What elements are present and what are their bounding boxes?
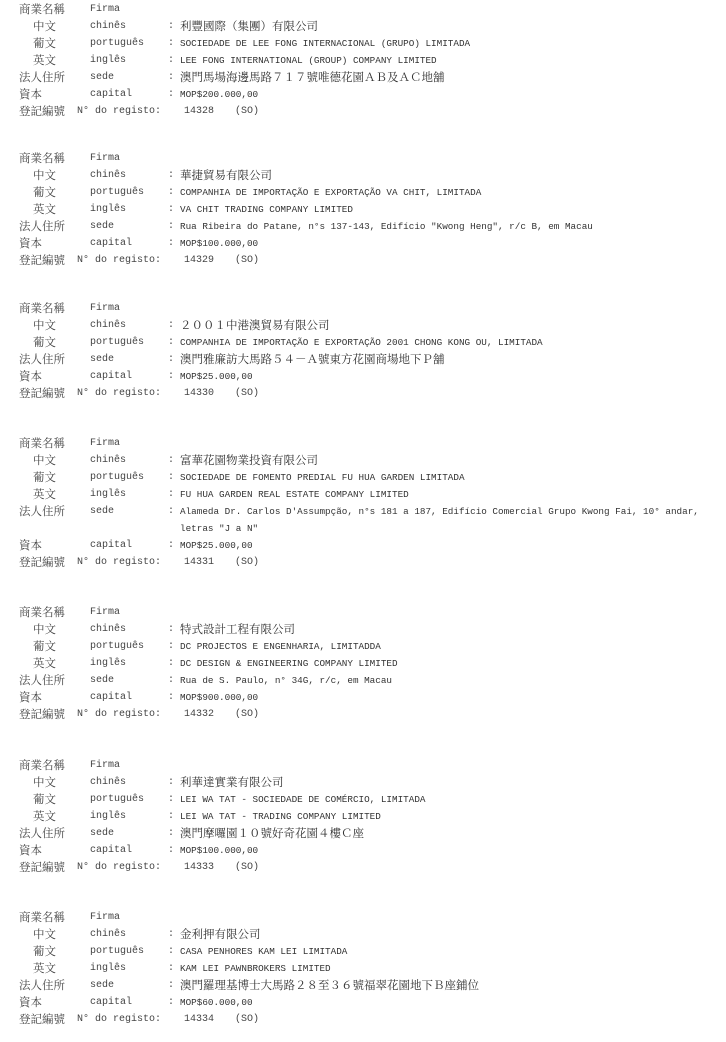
chinese-label-pt: chinês xyxy=(90,18,126,35)
colon: : xyxy=(168,943,174,960)
company-entry: 商業名稱 Firma 中文 chinês : ２００１中港澳貿易有限公司 葡文 … xyxy=(0,300,726,402)
registry-suffix: (SO) xyxy=(235,706,259,723)
firm-label-zh: 商業名稱 xyxy=(19,909,65,926)
registry-number: 14332 xyxy=(184,706,214,723)
seat-label-zh: 法人住所 xyxy=(19,672,65,689)
registry-label-zh: 登記編號 xyxy=(19,554,65,571)
colon: : xyxy=(168,69,174,86)
colon: : xyxy=(168,18,174,35)
firm-label-pt: Firma xyxy=(90,909,120,926)
portuguese-label-pt: português xyxy=(90,184,144,201)
portuguese-name: COMPANHIA DE IMPORTAÇÃO E EXPORTAÇÃO 200… xyxy=(180,334,543,351)
seat-row: 法人住所 sede : Alameda Dr. Carlos D'Assumpç… xyxy=(0,503,726,537)
chinese-label-pt: chinês xyxy=(90,452,126,469)
registry-number: 14331 xyxy=(184,554,214,571)
capital-label-zh: 資本 xyxy=(19,689,42,706)
company-entry: 商業名稱 Firma 中文 chinês : 金利押有限公司 葡文 portug… xyxy=(0,909,726,1028)
colon: : xyxy=(168,638,174,655)
capital-label-pt: capital xyxy=(90,86,132,103)
registry-label-zh: 登記編號 xyxy=(19,385,65,402)
colon: : xyxy=(168,672,174,689)
colon: : xyxy=(168,167,174,184)
registry-number: 14334 xyxy=(184,1011,214,1028)
firm-row: 商業名稱 Firma xyxy=(0,604,726,621)
company-entry: 商業名稱 Firma 中文 chinês : 華捷貿易有限公司 葡文 portu… xyxy=(0,150,726,269)
portuguese-label-pt: português xyxy=(90,35,144,52)
portuguese-row: 葡文 português : SOCIEDADE DE FOMENTO PRED… xyxy=(0,469,726,486)
company-entry: 商業名稱 Firma 中文 chinês : 利華達實業有限公司 葡文 port… xyxy=(0,757,726,876)
seat-row: 法人住所 sede : 澳門摩囉園１０號好奇花園４樓Ｃ座 xyxy=(0,825,726,842)
seat-address: Alameda Dr. Carlos D'Assumpção, n°s 181 … xyxy=(180,503,710,537)
firm-label-pt: Firma xyxy=(90,150,120,167)
english-label-pt: inglês xyxy=(90,52,126,69)
chinese-label-zh: 中文 xyxy=(33,926,56,943)
registry-suffix: (SO) xyxy=(235,385,259,402)
english-label-pt: inglês xyxy=(90,655,126,672)
registry-row: 登記編號 N° do registo: 14329 (SO) xyxy=(0,252,726,269)
seat-address: 澳門羅理基博士大馬路２８至３６號福翠花園地下Ｂ座鋪位 xyxy=(180,977,479,994)
seat-row: 法人住所 sede : 澳門雅廉訪大馬路５４－Ａ號東方花園商場地下Ｐ舖 xyxy=(0,351,726,368)
seat-label-pt: sede xyxy=(90,351,114,368)
colon: : xyxy=(168,317,174,334)
colon: : xyxy=(168,486,174,503)
colon: : xyxy=(168,791,174,808)
capital-label-zh: 資本 xyxy=(19,994,42,1011)
firm-label-zh: 商業名稱 xyxy=(19,757,65,774)
seat-address: Rua de S. Paulo, n° 34G, r/c, em Macau xyxy=(180,672,392,689)
capital-label-zh: 資本 xyxy=(19,368,42,385)
capital-label-pt: capital xyxy=(90,368,132,385)
chinese-label-pt: chinês xyxy=(90,317,126,334)
portuguese-name: CASA PENHORES KAM LEI LIMITADA xyxy=(180,943,347,960)
capital-value: MOP$100.000,00 xyxy=(180,235,258,252)
colon: : xyxy=(168,235,174,252)
portuguese-label-zh: 葡文 xyxy=(33,184,56,201)
company-entry: 商業名稱 Firma 中文 chinês : 富華花園物業投資有限公司 葡文 p… xyxy=(0,435,726,571)
seat-label-zh: 法人住所 xyxy=(19,218,65,235)
chinese-label-zh: 中文 xyxy=(33,621,56,638)
english-row: 英文 inglês : LEI WA TAT - TRADING COMPANY… xyxy=(0,808,726,825)
registry-label-zh: 登記編號 xyxy=(19,103,65,120)
registry-suffix: (SO) xyxy=(235,859,259,876)
firm-row: 商業名稱 Firma xyxy=(0,757,726,774)
capital-value: MOP$25.000,00 xyxy=(180,537,253,554)
portuguese-name: SOCIEDADE DE LEE FONG INTERNACIONAL (GRU… xyxy=(180,35,470,52)
portuguese-name: COMPANHIA DE IMPORTAÇÃO E EXPORTAÇÃO VA … xyxy=(180,184,481,201)
capital-label-pt: capital xyxy=(90,235,132,252)
firm-row: 商業名稱 Firma xyxy=(0,150,726,167)
portuguese-row: 葡文 português : COMPANHIA DE IMPORTAÇÃO E… xyxy=(0,334,726,351)
seat-label-pt: sede xyxy=(90,977,114,994)
seat-row: 法人住所 sede : Rua de S. Paulo, n° 34G, r/c… xyxy=(0,672,726,689)
registry-label-zh: 登記編號 xyxy=(19,1011,65,1028)
portuguese-label-pt: português xyxy=(90,469,144,486)
portuguese-name: SOCIEDADE DE FOMENTO PREDIAL FU HUA GARD… xyxy=(180,469,465,486)
registry-label-zh: 登記編號 xyxy=(19,706,65,723)
seat-label-pt: sede xyxy=(90,69,114,86)
chinese-label-pt: chinês xyxy=(90,167,126,184)
registry-suffix: (SO) xyxy=(235,1011,259,1028)
registry-number: 14329 xyxy=(184,252,214,269)
firm-label-pt: Firma xyxy=(90,757,120,774)
firm-label-zh: 商業名稱 xyxy=(19,300,65,317)
chinese-row: 中文 chinês : 富華花園物業投資有限公司 xyxy=(0,452,726,469)
registry-suffix: (SO) xyxy=(235,103,259,120)
english-label-zh: 英文 xyxy=(33,52,56,69)
chinese-name: 特式設計工程有限公司 xyxy=(180,621,295,638)
registry-label-pt: N° do registo: xyxy=(77,385,161,402)
capital-row: 資本 capital : MOP$60.000,00 xyxy=(0,994,726,1011)
registry-number: 14333 xyxy=(184,859,214,876)
company-entry: 商業名稱 Firma 中文 chinês : 特式設計工程有限公司 葡文 por… xyxy=(0,604,726,723)
capital-row: 資本 capital : MOP$100.000,00 xyxy=(0,235,726,252)
chinese-row: 中文 chinês : 利華達實業有限公司 xyxy=(0,774,726,791)
chinese-row: 中文 chinês : 利豐國際（集團）有限公司 xyxy=(0,18,726,35)
colon: : xyxy=(168,469,174,486)
registry-row: 登記編號 N° do registo: 14331 (SO) xyxy=(0,554,726,571)
capital-row: 資本 capital : MOP$100.000,00 xyxy=(0,842,726,859)
english-row: 英文 inglês : FU HUA GARDEN REAL ESTATE CO… xyxy=(0,486,726,503)
registry-row: 登記編號 N° do registo: 14333 (SO) xyxy=(0,859,726,876)
chinese-name: ２００１中港澳貿易有限公司 xyxy=(180,317,330,334)
portuguese-label-zh: 葡文 xyxy=(33,791,56,808)
colon: : xyxy=(168,994,174,1011)
capital-value: MOP$60.000,00 xyxy=(180,994,253,1011)
english-label-zh: 英文 xyxy=(33,808,56,825)
english-row: 英文 inglês : VA CHIT TRADING COMPANY LIMI… xyxy=(0,201,726,218)
firm-row: 商業名稱 Firma xyxy=(0,1,726,18)
colon: : xyxy=(168,368,174,385)
seat-row: 法人住所 sede : 澳門馬場海邊馬路７１７號唯德花園ＡＢ及ＡＣ地舖 xyxy=(0,69,726,86)
colon: : xyxy=(168,351,174,368)
english-name: KAM LEI PAWNBROKERS LIMITED xyxy=(180,960,331,977)
colon: : xyxy=(168,503,174,520)
chinese-name: 利豐國際（集團）有限公司 xyxy=(180,18,318,35)
english-row: 英文 inglês : DC DESIGN & ENGINEERING COMP… xyxy=(0,655,726,672)
registry-number: 14330 xyxy=(184,385,214,402)
english-name: LEI WA TAT - TRADING COMPANY LIMITED xyxy=(180,808,381,825)
firm-row: 商業名稱 Firma xyxy=(0,909,726,926)
registry-label-pt: N° do registo: xyxy=(77,554,161,571)
seat-row: 法人住所 sede : Rua Ribeira do Patane, n°s 1… xyxy=(0,218,726,235)
chinese-label-pt: chinês xyxy=(90,926,126,943)
portuguese-label-pt: português xyxy=(90,943,144,960)
capital-row: 資本 capital : MOP$25.000,00 xyxy=(0,368,726,385)
capital-label-pt: capital xyxy=(90,689,132,706)
seat-label-pt: sede xyxy=(90,672,114,689)
capital-row: 資本 capital : MOP$900.000,00 xyxy=(0,689,726,706)
capital-value: MOP$900.000,00 xyxy=(180,689,258,706)
colon: : xyxy=(168,977,174,994)
portuguese-row: 葡文 português : COMPANHIA DE IMPORTAÇÃO E… xyxy=(0,184,726,201)
english-name: DC DESIGN & ENGINEERING COMPANY LIMITED xyxy=(180,655,398,672)
colon: : xyxy=(168,655,174,672)
seat-address: 澳門摩囉園１０號好奇花園４樓Ｃ座 xyxy=(180,825,364,842)
colon: : xyxy=(168,842,174,859)
portuguese-label-zh: 葡文 xyxy=(33,469,56,486)
colon: : xyxy=(168,35,174,52)
portuguese-row: 葡文 português : LEI WA TAT - SOCIEDADE DE… xyxy=(0,791,726,808)
chinese-label-pt: chinês xyxy=(90,774,126,791)
chinese-label-pt: chinês xyxy=(90,621,126,638)
colon: : xyxy=(168,452,174,469)
chinese-label-zh: 中文 xyxy=(33,452,56,469)
seat-label-pt: sede xyxy=(90,218,114,235)
chinese-row: 中文 chinês : ２００１中港澳貿易有限公司 xyxy=(0,317,726,334)
company-entry: 商業名稱 Firma 中文 chinês : 利豐國際（集團）有限公司 葡文 p… xyxy=(0,1,726,120)
english-name: VA CHIT TRADING COMPANY LIMITED xyxy=(180,201,353,218)
registry-label-zh: 登記編號 xyxy=(19,252,65,269)
chinese-label-zh: 中文 xyxy=(33,774,56,791)
colon: : xyxy=(168,201,174,218)
portuguese-label-pt: português xyxy=(90,638,144,655)
chinese-name: 富華花園物業投資有限公司 xyxy=(180,452,318,469)
registry-row: 登記編號 N° do registo: 14334 (SO) xyxy=(0,1011,726,1028)
english-label-pt: inglês xyxy=(90,960,126,977)
seat-label-zh: 法人住所 xyxy=(19,503,65,520)
portuguese-label-zh: 葡文 xyxy=(33,35,56,52)
colon: : xyxy=(168,808,174,825)
portuguese-row: 葡文 português : CASA PENHORES KAM LEI LIM… xyxy=(0,943,726,960)
seat-address: 澳門雅廉訪大馬路５４－Ａ號東方花園商場地下Ｐ舖 xyxy=(180,351,445,368)
seat-row: 法人住所 sede : 澳門羅理基博士大馬路２８至３６號福翠花園地下Ｂ座鋪位 xyxy=(0,977,726,994)
registry-label-pt: N° do registo: xyxy=(77,1011,161,1028)
colon: : xyxy=(168,334,174,351)
chinese-name: 華捷貿易有限公司 xyxy=(180,167,272,184)
portuguese-label-zh: 葡文 xyxy=(33,943,56,960)
firm-label-zh: 商業名稱 xyxy=(19,1,65,18)
seat-label-zh: 法人住所 xyxy=(19,351,65,368)
english-label-pt: inglês xyxy=(90,201,126,218)
firm-label-zh: 商業名稱 xyxy=(19,604,65,621)
chinese-row: 中文 chinês : 金利押有限公司 xyxy=(0,926,726,943)
registry-label-pt: N° do registo: xyxy=(77,859,161,876)
chinese-row: 中文 chinês : 華捷貿易有限公司 xyxy=(0,167,726,184)
firm-label-pt: Firma xyxy=(90,300,120,317)
capital-label-pt: capital xyxy=(90,842,132,859)
portuguese-name: DC PROJECTOS E ENGENHARIA, LIMITADDA xyxy=(180,638,381,655)
seat-label-pt: sede xyxy=(90,503,114,520)
english-name: LEE FONG INTERNATIONAL (GROUP) COMPANY L… xyxy=(180,52,437,69)
english-label-zh: 英文 xyxy=(33,486,56,503)
colon: : xyxy=(168,218,174,235)
english-label-pt: inglês xyxy=(90,808,126,825)
registry-suffix: (SO) xyxy=(235,252,259,269)
registry-number: 14328 xyxy=(184,103,214,120)
portuguese-label-zh: 葡文 xyxy=(33,334,56,351)
capital-row: 資本 capital : MOP$25.000,00 xyxy=(0,537,726,554)
capital-label-pt: capital xyxy=(90,537,132,554)
colon: : xyxy=(168,52,174,69)
capital-label-zh: 資本 xyxy=(19,235,42,252)
firm-label-pt: Firma xyxy=(90,604,120,621)
portuguese-label-zh: 葡文 xyxy=(33,638,56,655)
firm-label-pt: Firma xyxy=(90,435,120,452)
firm-row: 商業名稱 Firma xyxy=(0,300,726,317)
colon: : xyxy=(168,689,174,706)
colon: : xyxy=(168,926,174,943)
chinese-label-zh: 中文 xyxy=(33,317,56,334)
registry-label-pt: N° do registo: xyxy=(77,252,161,269)
seat-address: Rua Ribeira do Patane, n°s 137-143, Edif… xyxy=(180,218,593,235)
seat-label-pt: sede xyxy=(90,825,114,842)
chinese-name: 金利押有限公司 xyxy=(180,926,261,943)
capital-label-zh: 資本 xyxy=(19,842,42,859)
capital-value: MOP$200.000,00 xyxy=(180,86,258,103)
capital-label-zh: 資本 xyxy=(19,86,42,103)
registry-row: 登記編號 N° do registo: 14328 (SO) xyxy=(0,103,726,120)
colon: : xyxy=(168,537,174,554)
capital-row: 資本 capital : MOP$200.000,00 xyxy=(0,86,726,103)
colon: : xyxy=(168,621,174,638)
capital-value: MOP$100.000,00 xyxy=(180,842,258,859)
portuguese-name: LEI WA TAT - SOCIEDADE DE COMÉRCIO, LIMI… xyxy=(180,791,425,808)
firm-label-zh: 商業名稱 xyxy=(19,150,65,167)
registry-suffix: (SO) xyxy=(235,554,259,571)
colon: : xyxy=(168,960,174,977)
capital-label-pt: capital xyxy=(90,994,132,1011)
registry-row: 登記編號 N° do registo: 14332 (SO) xyxy=(0,706,726,723)
seat-label-zh: 法人住所 xyxy=(19,977,65,994)
firm-row: 商業名稱 Firma xyxy=(0,435,726,452)
english-label-zh: 英文 xyxy=(33,960,56,977)
english-row: 英文 inglês : LEE FONG INTERNATIONAL (GROU… xyxy=(0,52,726,69)
registry-row: 登記編號 N° do registo: 14330 (SO) xyxy=(0,385,726,402)
chinese-name: 利華達實業有限公司 xyxy=(180,774,284,791)
chinese-row: 中文 chinês : 特式設計工程有限公司 xyxy=(0,621,726,638)
colon: : xyxy=(168,184,174,201)
colon: : xyxy=(168,86,174,103)
seat-address: 澳門馬場海邊馬路７１７號唯德花園ＡＢ及ＡＣ地舖 xyxy=(180,69,445,86)
chinese-label-zh: 中文 xyxy=(33,18,56,35)
chinese-label-zh: 中文 xyxy=(33,167,56,184)
seat-label-zh: 法人住所 xyxy=(19,825,65,842)
firm-label-zh: 商業名稱 xyxy=(19,435,65,452)
firm-label-pt: Firma xyxy=(90,1,120,18)
colon: : xyxy=(168,774,174,791)
english-label-zh: 英文 xyxy=(33,655,56,672)
seat-label-zh: 法人住所 xyxy=(19,69,65,86)
english-label-pt: inglês xyxy=(90,486,126,503)
english-row: 英文 inglês : KAM LEI PAWNBROKERS LIMITED xyxy=(0,960,726,977)
portuguese-label-pt: português xyxy=(90,334,144,351)
registry-label-pt: N° do registo: xyxy=(77,706,161,723)
portuguese-label-pt: português xyxy=(90,791,144,808)
capital-label-zh: 資本 xyxy=(19,537,42,554)
portuguese-row: 葡文 português : SOCIEDADE DE LEE FONG INT… xyxy=(0,35,726,52)
colon: : xyxy=(168,825,174,842)
capital-value: MOP$25.000,00 xyxy=(180,368,253,385)
english-name: FU HUA GARDEN REAL ESTATE COMPANY LIMITE… xyxy=(180,486,409,503)
registry-label-zh: 登記編號 xyxy=(19,859,65,876)
registry-label-pt: N° do registo: xyxy=(77,103,161,120)
english-label-zh: 英文 xyxy=(33,201,56,218)
portuguese-row: 葡文 português : DC PROJECTOS E ENGENHARIA… xyxy=(0,638,726,655)
